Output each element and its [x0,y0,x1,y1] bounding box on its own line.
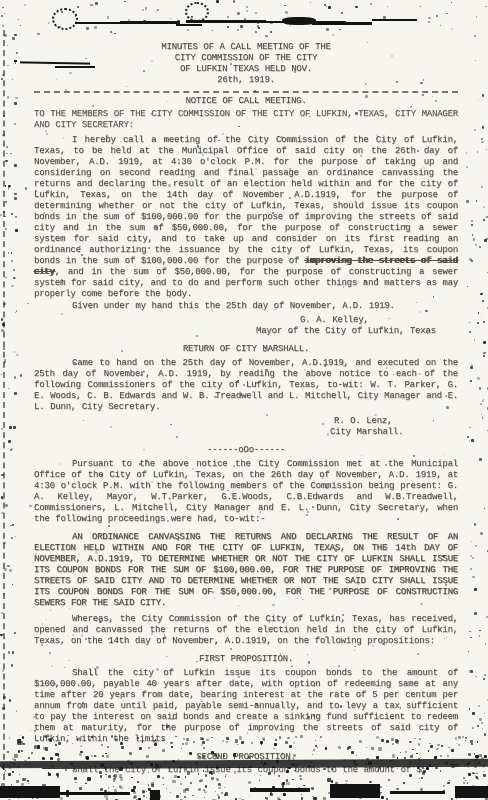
marshall-signature-title: City Marshall. [34,427,458,438]
mayor-signature-block: G. A. Kelley, Mayor of the City of Lufki… [34,315,458,337]
notice-body-text-after: , and in the sum of $50,000.00, for the … [34,267,458,299]
dashed-rule [34,91,458,93]
scan-bottom-blob [330,784,380,798]
title-line: MINUTES OF A CALL MEETING OF THE [86,42,406,53]
title-line: OF LUFKIN TEXAS HELD NOV. [86,64,406,75]
mayor-signature-name: G. A. Kelley, [34,315,458,326]
scan-bottom-blob [150,790,160,800]
marshall-return-body: Came to hand on the 25th day of November… [34,358,458,413]
scan-tear-line [372,19,417,21]
scan-speck [14,60,17,62]
scan-tear-line [120,21,180,24]
title-line: 26th, 1919. [86,75,406,86]
mayor-signature-title: Mayor of the City of Lufkin, Texas [34,326,458,337]
ordinance-caption: AN ORDINANCE CANVASSING THE RETURNS AND … [34,532,458,609]
scan-blob-outline [185,2,209,22]
marshall-signature-name: R. O. Lenz, [34,416,458,427]
scan-left-edge [3,30,5,780]
document-title: MINUTES OF A CALL MEETING OF THE CITY CO… [86,42,406,86]
document-page: MINUTES OF A CALL MEETING OF THE CITY CO… [0,0,488,800]
notice-body: I hereby call a meeting of the City Comm… [34,135,458,300]
notice-heading: NOTICE OF CALL MEETING. [34,96,458,107]
first-proposition-heading: FIRST PROPOSITION. [34,654,458,665]
scan-bottom-blob [250,788,310,792]
scan-tear-line [176,24,202,26]
scan-tear-line [75,22,120,24]
scan-bottom-blob [0,786,60,798]
whereas-paragraph: Whereas, the City Commission of the City… [34,614,458,647]
pursuant-paragraph: Pursuant to the above notice the City Co… [34,459,458,525]
notice-salutation: TO THE MEMBERS OF THE CITY COMMISSION OF… [34,109,458,131]
scan-bottom-blob [455,786,488,798]
scan-bottom-blob [390,791,445,794]
marshall-signature-block: R. O. Lenz, City Marshall. [34,416,458,438]
marshall-return-heading: RETURN OF CITY MARSHALL. [34,344,458,355]
scan-blob-outline [52,8,78,30]
notice-body-text: I hereby call a meeting of the City Comm… [34,135,458,266]
scan-bottom-blob [60,792,130,795]
scan-tear-line [312,22,372,25]
document-content: MINUTES OF A CALL MEETING OF THE CITY CO… [34,42,458,776]
attest-line: Given under my hand this the 25th day of… [34,301,458,312]
scan-blob [282,17,316,25]
title-line: CITY COMMISSION OF THE CITY [86,53,406,64]
ooo-divider: ------oOo------ [34,445,458,456]
first-proposition-body: Shall the city of Lufkin issue its coupo… [34,668,458,745]
